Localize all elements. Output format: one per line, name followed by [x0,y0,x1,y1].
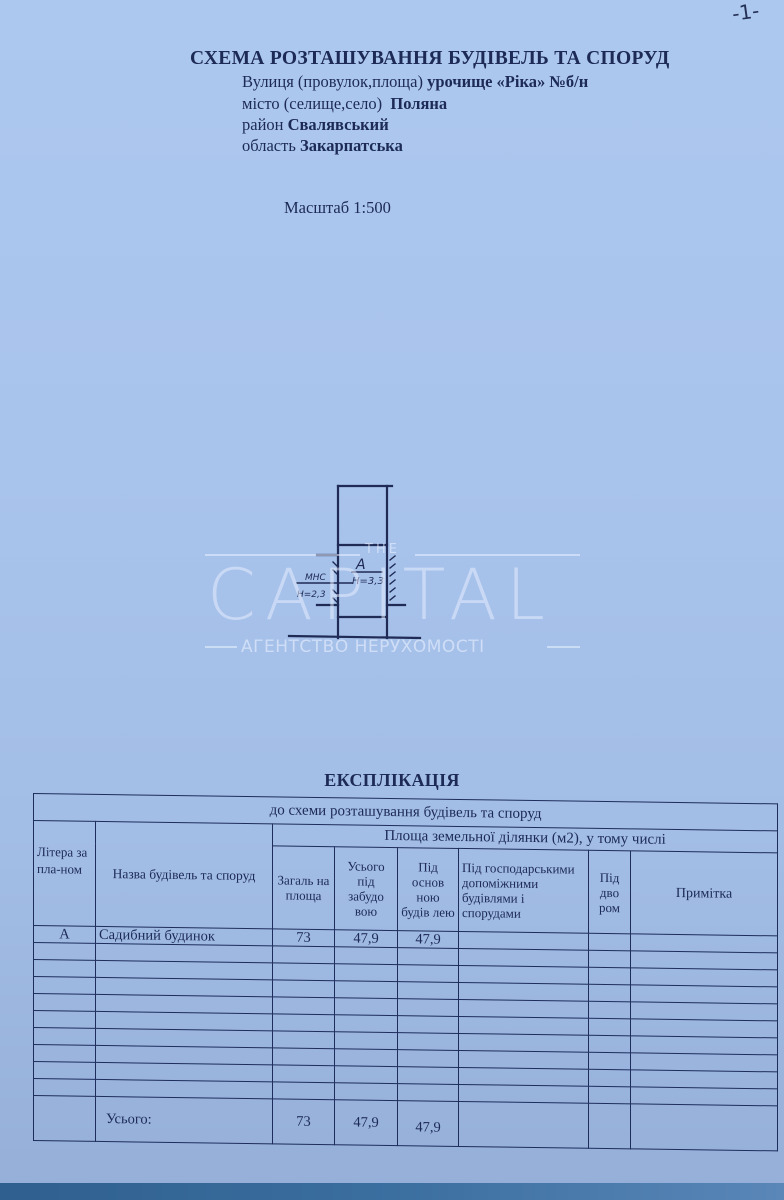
table-cell [459,965,589,984]
table-cell [398,965,459,983]
table-cell [398,999,459,1017]
table-cell: 47,9 [398,931,459,949]
table-cell: А [34,926,96,944]
table-cell [589,933,631,951]
col-header-total-area: Загаль на площа [273,846,335,930]
table-cell [335,1066,398,1084]
table-cell [398,1016,459,1034]
address-district: район Свалявський [242,115,389,135]
table-cell [459,999,589,1018]
table-cell [398,1084,459,1102]
table-cell [34,943,96,961]
table-cell [34,994,96,1012]
total-row: Усього: 73 47,9 47,9 [34,1096,778,1151]
table-cell [273,997,335,1015]
table-cell [273,946,335,964]
col-header-letter: Літера за пла-ном [34,821,96,927]
city-value: Поляна [390,94,447,113]
region-value: Закарпатська [300,136,403,155]
street-value: урочище «Ріка» №б/н [427,72,588,91]
region-label: область [242,136,296,155]
table-cell [631,934,778,953]
scale-label: Масштаб 1:500 [284,198,391,218]
table-cell [589,984,631,1002]
table-cell [335,947,398,965]
street-label: Вулиця (провулок,площа) [242,72,423,91]
table-cell [398,982,459,1000]
table-cell [273,980,335,998]
table-cell [273,1082,335,1100]
table-cell [459,1050,589,1069]
total-built-value: 47,9 [335,1100,398,1146]
table-cell [273,1065,335,1083]
district-label: район [242,115,283,134]
table-cell [273,1048,335,1066]
table-cell [335,998,398,1016]
table-cell [335,1032,398,1050]
table-cell [34,1011,96,1029]
col-header-main-building: Під основ ною будів лею [398,848,459,932]
col-header-name: Назва будівель та споруд [96,821,273,928]
table-cell [34,1045,96,1063]
document-title: СХЕМА РОЗТАШУВАННЯ БУДІВЕЛЬ ТА СПОРУД [190,48,670,70]
table-cell [589,950,631,968]
table-cell [273,963,335,981]
table-cell [589,1069,631,1087]
explication-table: до схеми розташування будівель та споруд… [33,793,778,1151]
address-street: Вулиця (провулок,площа) урочище «Ріка» №… [242,72,588,92]
table-cell: 47,9 [335,930,398,948]
table-cell [273,1014,335,1032]
col-header-note: Примітка [631,851,778,936]
table-cell [398,1033,459,1051]
background-cover-strip [0,1183,784,1200]
table-cell [631,1036,778,1055]
table-cell [459,1016,589,1035]
table-cell [631,1053,778,1072]
table-cell [398,1050,459,1068]
table-cell [589,967,631,985]
table-cell [335,1015,398,1033]
table-cell [589,1035,631,1053]
table-cell [631,1070,778,1089]
table-cell [398,948,459,966]
table-cell [459,948,589,967]
address-city: місто (селище,село) Поляна [242,94,447,114]
table-cell [631,1002,778,1021]
table-cell [34,977,96,995]
table-cell [335,1049,398,1067]
table-cell [34,1028,96,1046]
table-cell [335,964,398,982]
table-cell [589,1018,631,1036]
col-header-built-area: Усього під забудо вою [335,847,398,931]
city-label: місто (селище,село) [242,94,382,113]
table-cell [335,981,398,999]
table-cell [398,1067,459,1085]
table-cell [459,1084,589,1103]
table-cell [335,1083,398,1101]
explication-title: ЕКСПЛІКАЦІЯ [0,770,784,791]
table-cell [589,1052,631,1070]
total-main-building-value: 47,9 [398,1101,459,1147]
table-cell [589,1001,631,1019]
col-header-yard: Під дво ром [589,850,631,934]
table-cell [589,1086,631,1104]
district-value: Свалявський [288,115,389,134]
table-cell [631,1087,778,1106]
address-region: область Закарпатська [242,136,403,156]
table-cell [459,982,589,1001]
table-cell [459,1067,589,1086]
table-cell [459,931,589,950]
page-number: -1- [730,0,760,26]
table-cell [631,1019,778,1038]
total-area-value: 73 [273,1099,335,1145]
col-header-auxiliary: Під господарськими допоміжними будівлями… [459,848,589,933]
table-cell [34,960,96,978]
table-cell [273,1031,335,1049]
table-cell [631,985,778,1004]
table-cell [631,951,778,970]
table-cell [34,1062,96,1080]
table-cell [34,1079,96,1097]
table-cell [631,968,778,987]
table-cell [459,1033,589,1052]
table-cell: 73 [273,929,335,947]
total-label: Усього: [96,1096,273,1143]
